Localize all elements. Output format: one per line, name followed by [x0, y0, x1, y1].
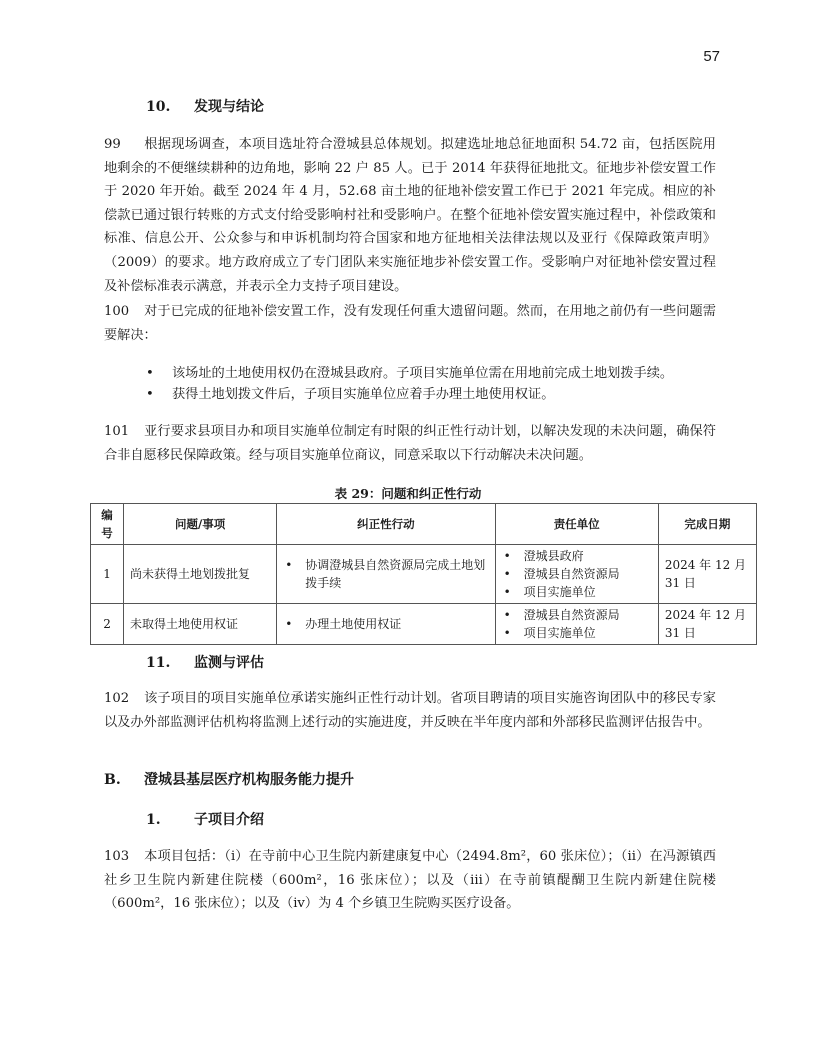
- table-caption: 表 29：问题和纠正性行动: [0, 484, 816, 502]
- unit-item: 澄城县自然资源局: [502, 606, 652, 624]
- unit-item: 澄城县自然资源局: [502, 565, 652, 583]
- paragraph-103: 103本项目包括：（i）在寺前中心卫生院内新建康复中心（2494.8m²，60 …: [104, 845, 716, 916]
- section-heading-10: 10.发现与结论: [146, 96, 264, 116]
- paragraph-number: 99: [104, 133, 144, 157]
- cell-unit: 澄城县自然资源局 项目实施单位: [495, 604, 658, 645]
- section-number: 1.: [146, 812, 194, 828]
- paragraph-text: 对于已完成的征地补偿安置工作，没有发现任何重大遗留问题。然而，在用地之前仍有一些…: [104, 304, 716, 343]
- section-number: 10.: [146, 99, 194, 115]
- section-title: 澄城县基层医疗机构服务能力提升: [144, 772, 354, 788]
- paragraph-number: 103: [104, 845, 144, 869]
- corrective-action-table: 编号 问题/事项 纠正性行动 责任单位 完成日期 1 尚未获得土地划拨批复 协调…: [90, 503, 757, 645]
- paragraph-number: 100: [104, 300, 144, 324]
- issue-bullet-list: 该场址的土地使用权仍在澄城县政府。子项目实施单位需在用地前完成土地划拨手续。 获…: [146, 363, 726, 405]
- paragraph-101: 101亚行要求县项目办和项目实施单位制定有时限的纠正性行动计划，以解决发现的未决…: [104, 420, 716, 467]
- header-no: 编号: [91, 504, 124, 545]
- section-number: 11.: [146, 655, 194, 671]
- bullet-item: 获得土地划拨文件后，子项目实施单位应着手办理土地使用权证。: [146, 384, 726, 405]
- unit-item: 项目实施单位: [502, 624, 652, 642]
- paragraph-text: 该子项目的项目实施单位承诺实施纠正性行动计划。省项目聘请的项目实施咨询团队中的移…: [104, 691, 716, 730]
- action-item: 协调澄城县自然资源局完成土地划拨手续: [283, 556, 488, 592]
- header-issue: 问题/事项: [124, 504, 277, 545]
- section-title: 子项目介绍: [194, 812, 264, 828]
- unit-item: 澄城县政府: [502, 547, 652, 565]
- cell-issue: 尚未获得土地划拨批复: [124, 545, 277, 604]
- paragraph-number: 102: [104, 687, 144, 711]
- table-row: 1 尚未获得土地划拨批复 协调澄城县自然资源局完成土地划拨手续 澄城县政府 澄城…: [91, 545, 757, 604]
- cell-action: 办理土地使用权证: [277, 604, 495, 645]
- section-heading-b: B.澄城县基层医疗机构服务能力提升: [104, 769, 354, 789]
- cell-issue: 未取得土地使用权证: [124, 604, 277, 645]
- paragraph-text: 根据现场调查，本项目选址符合澄城县总体规划。拟建选址地总征地面积 54.72 亩…: [104, 137, 716, 294]
- paragraph-102: 102该子项目的项目实施单位承诺实施纠正性行动计划。省项目聘请的项目实施咨询团队…: [104, 687, 716, 734]
- section-heading-11: 11.监测与评估: [146, 652, 264, 672]
- paragraph-number: 101: [104, 420, 144, 444]
- header-action: 纠正性行动: [277, 504, 495, 545]
- header-date: 完成日期: [658, 504, 756, 545]
- section-title: 发现与结论: [194, 99, 264, 115]
- paragraph-99: 99根据现场调查，本项目选址符合澄城县总体规划。拟建选址地总征地面积 54.72…: [104, 133, 716, 298]
- header-unit: 责任单位: [495, 504, 658, 545]
- cell-date: 2024 年 12 月 31 日: [658, 545, 756, 604]
- cell-action: 协调澄城县自然资源局完成土地划拨手续: [277, 545, 495, 604]
- cell-unit: 澄城县政府 澄城县自然资源局 项目实施单位: [495, 545, 658, 604]
- unit-item: 项目实施单位: [502, 583, 652, 601]
- cell-no: 1: [91, 545, 124, 604]
- page-number: 57: [703, 48, 720, 65]
- bullet-item: 该场址的土地使用权仍在澄城县政府。子项目实施单位需在用地前完成土地划拨手续。: [146, 363, 726, 384]
- table-row: 2 未取得土地使用权证 办理土地使用权证 澄城县自然资源局 项目实施单位 202…: [91, 604, 757, 645]
- section-heading-1: 1.子项目介绍: [146, 809, 264, 829]
- paragraph-text: 亚行要求县项目办和项目实施单位制定有时限的纠正性行动计划，以解决发现的未决问题，…: [104, 424, 716, 463]
- paragraph-100: 100对于已完成的征地补偿安置工作，没有发现任何重大遗留问题。然而，在用地之前仍…: [104, 300, 716, 347]
- section-title: 监测与评估: [194, 655, 264, 671]
- cell-no: 2: [91, 604, 124, 645]
- paragraph-text: 本项目包括：（i）在寺前中心卫生院内新建康复中心（2494.8m²，60 张床位…: [104, 849, 716, 911]
- section-number: B.: [104, 772, 144, 788]
- cell-date: 2024 年 12 月 31 日: [658, 604, 756, 645]
- table-header-row: 编号 问题/事项 纠正性行动 责任单位 完成日期: [91, 504, 757, 545]
- action-item: 办理土地使用权证: [283, 615, 488, 633]
